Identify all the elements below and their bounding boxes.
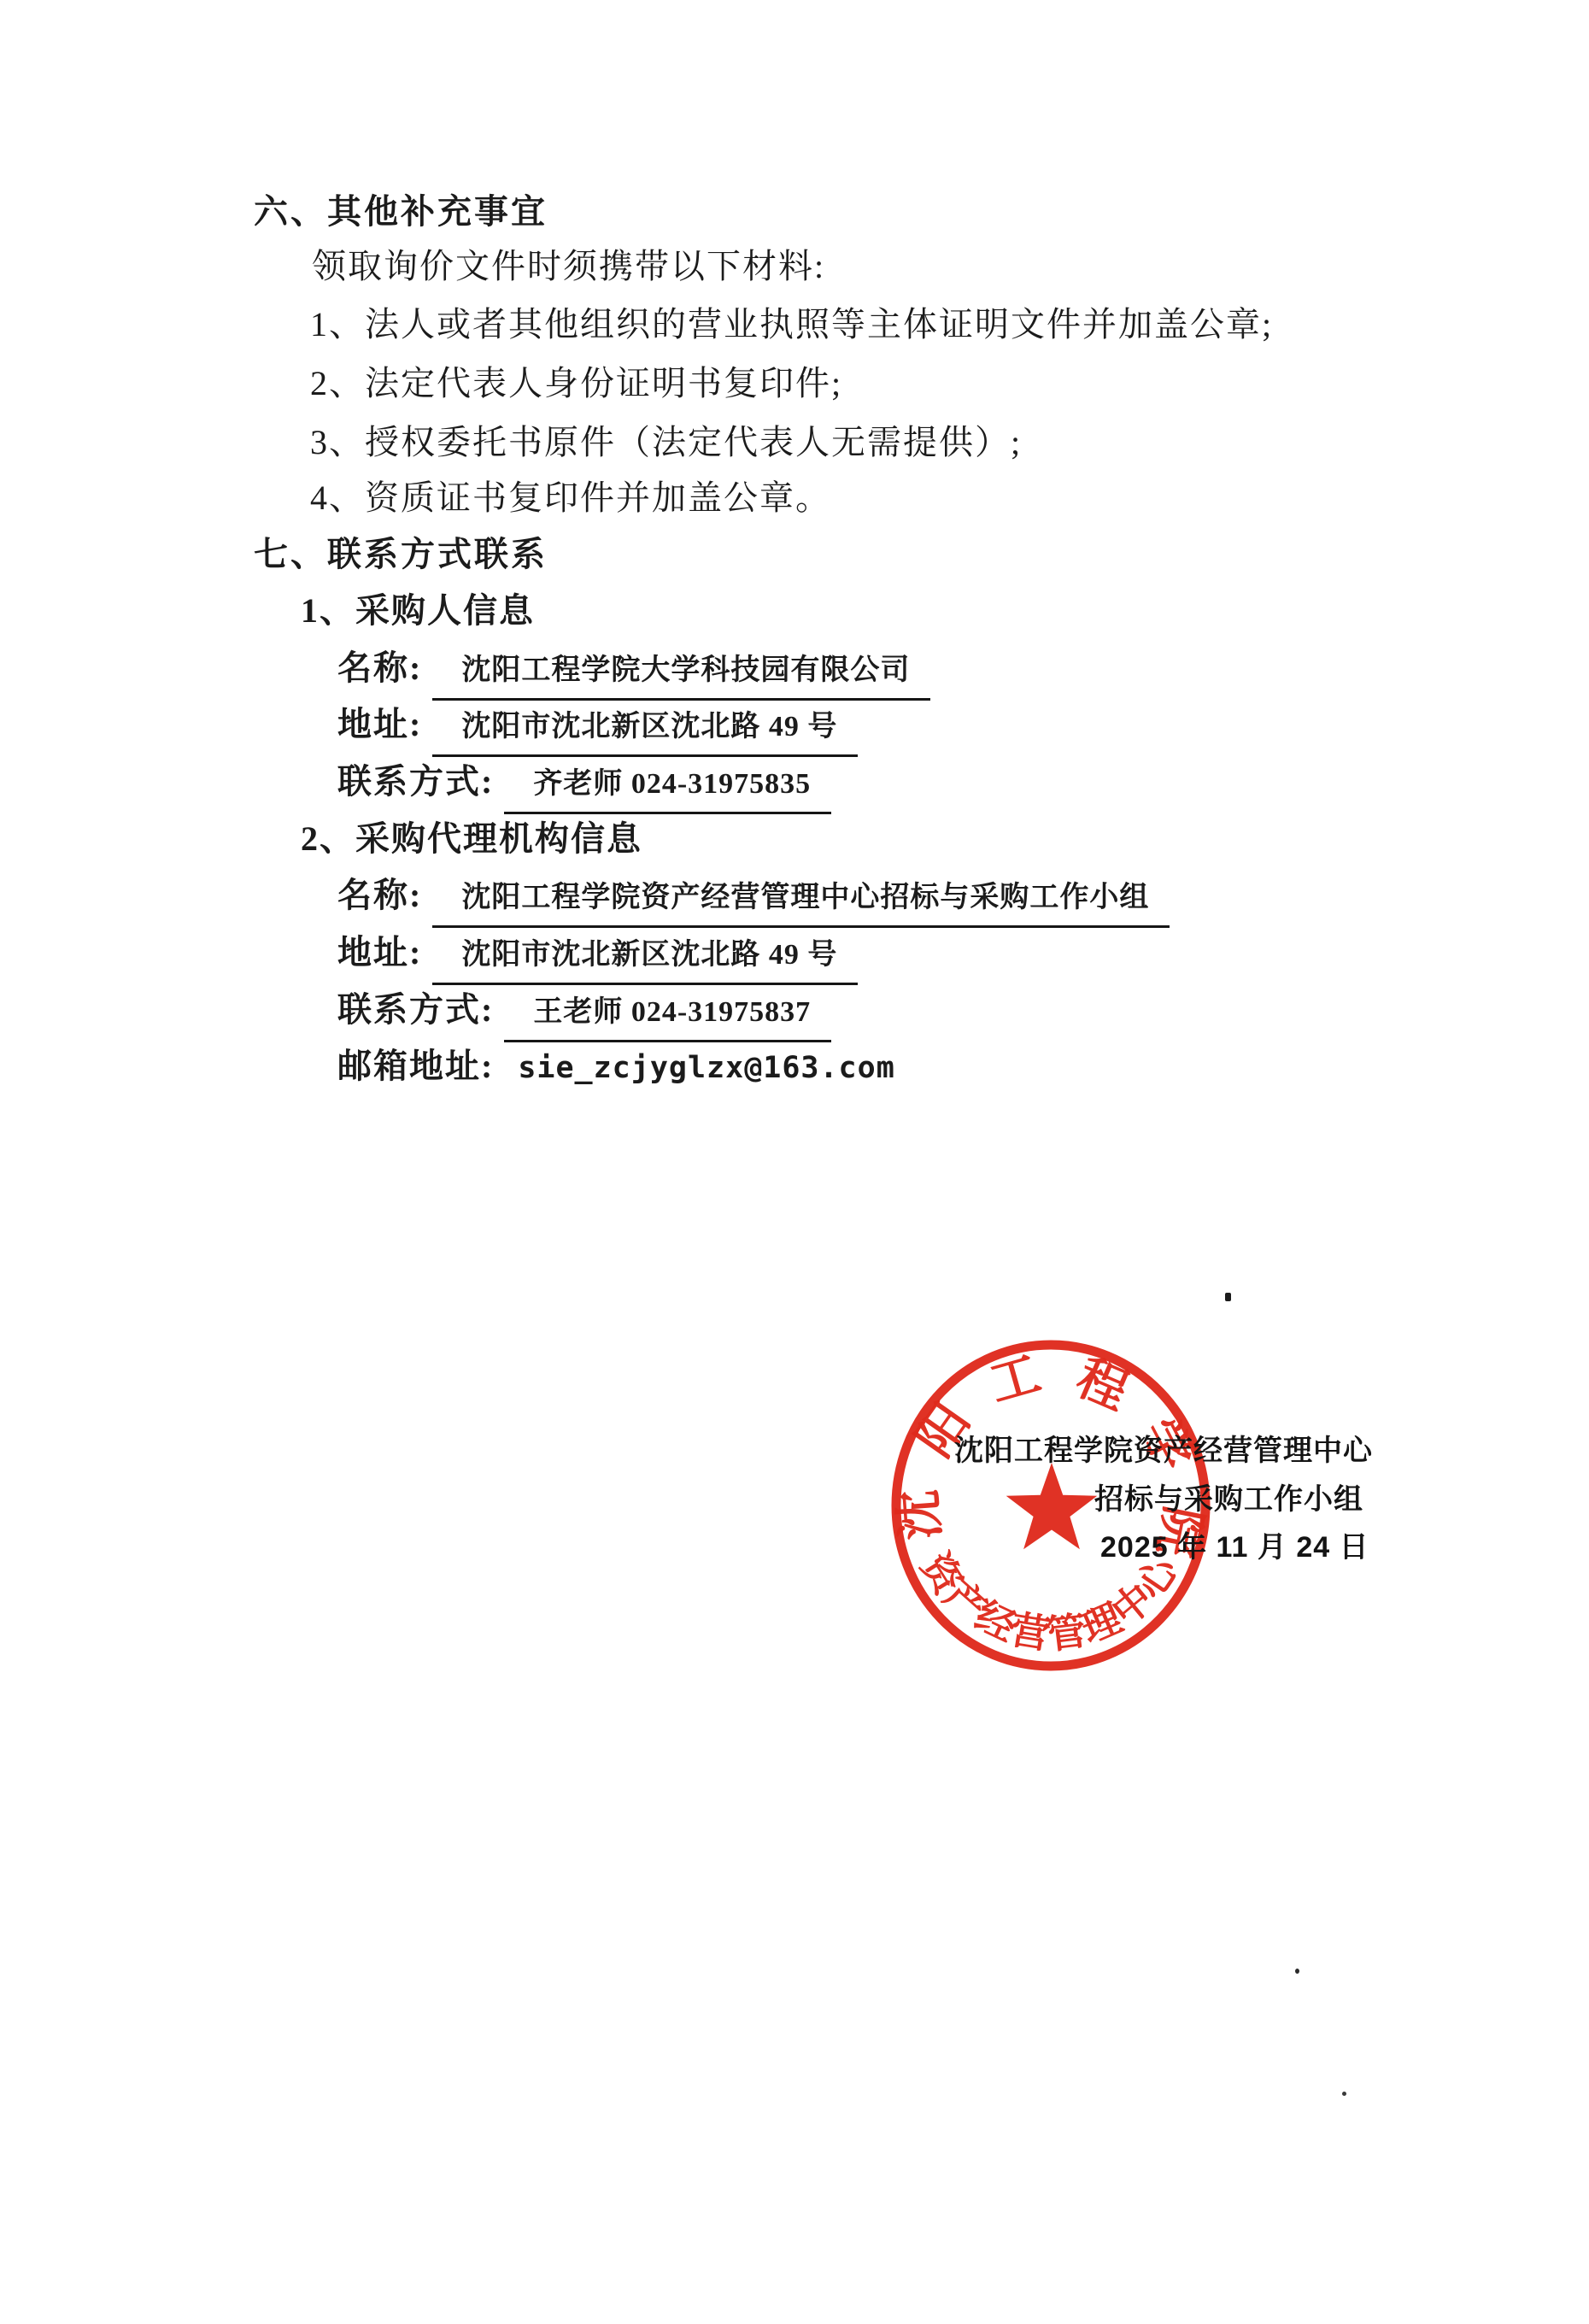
purchaser-contact-row: 联系方式:齐老师 024-31975835 — [337, 760, 831, 814]
materials-item-3: 3、授权委托书原件（法定代表人无需提供）; — [310, 421, 1022, 464]
materials-item-2: 2、法定代表人身份证明书复印件; — [310, 362, 842, 405]
materials-item-4: 4、资质证书复印件并加盖公章。 — [310, 477, 831, 519]
purchaser-address-value: 沈阳市沈北新区沈北路 49 号 — [432, 706, 858, 757]
purchaser-name-value: 沈阳工程学院大学科技园有限公司 — [432, 649, 930, 701]
materials-intro: 领取询价文件时须携带以下材料: — [312, 245, 825, 288]
scan-speck — [1225, 1293, 1231, 1301]
section-seven-heading: 七、联系方式联系 — [254, 533, 548, 576]
scan-speck — [1295, 1969, 1299, 1974]
agency-email-value: sie_zcjyglzx@163.com — [504, 1047, 894, 1089]
signature-date: 2025 年 11 月 24 日 — [1100, 1530, 1369, 1564]
agency-name-row: 名称:沈阳工程学院资产经营管理中心招标与采购工作小组 — [337, 874, 1170, 928]
agency-address-row: 地址:沈阳市沈北新区沈北路 49 号 — [337, 931, 858, 985]
purchaser-address-label: 地址: — [337, 705, 422, 743]
purchaser-contact-label: 联系方式: — [337, 762, 494, 801]
agency-name-value: 沈阳工程学院资产经营管理中心招标与采购工作小组 — [432, 877, 1170, 928]
agency-info-heading: 2、采购代理机构信息 — [301, 818, 642, 860]
agency-email-row: 邮箱地址:sie_zcjyglzx@163.com — [337, 1045, 895, 1089]
purchaser-contact-value: 齐老师 024-31975835 — [504, 763, 831, 814]
agency-contact-label: 联系方式: — [337, 990, 494, 1029]
purchaser-address-row: 地址:沈阳市沈北新区沈北路 49 号 — [337, 703, 858, 757]
agency-address-label: 地址: — [337, 933, 422, 971]
materials-item-1: 1、法人或者其他组织的营业执照等主体证明文件并加盖公章; — [310, 303, 1273, 346]
signature-org-line2: 招标与采购工作小组 — [1094, 1482, 1363, 1517]
purchaser-name-row: 名称:沈阳工程学院大学科技园有限公司 — [337, 647, 930, 701]
agency-contact-value: 王老师 024-31975837 — [504, 991, 831, 1042]
agency-contact-row: 联系方式:王老师 024-31975837 — [337, 989, 831, 1042]
purchaser-name-label: 名称: — [337, 648, 422, 687]
agency-address-value: 沈阳市沈北新区沈北路 49 号 — [432, 934, 858, 985]
scanned-document-page: { "doc": { "section6": { "heading": "六、其… — [0, 0, 1589, 2324]
scan-speck — [1342, 2092, 1346, 2096]
seal-star-icon — [1006, 1463, 1098, 1549]
agency-name-label: 名称: — [337, 876, 422, 914]
agency-email-label: 邮箱地址: — [337, 1047, 494, 1085]
section-six-heading: 六、其他补充事宜 — [254, 191, 548, 233]
signature-org-line1: 沈阳工程学院资产经营管理中心 — [954, 1434, 1373, 1468]
purchaser-info-heading: 1、采购人信息 — [301, 590, 535, 632]
